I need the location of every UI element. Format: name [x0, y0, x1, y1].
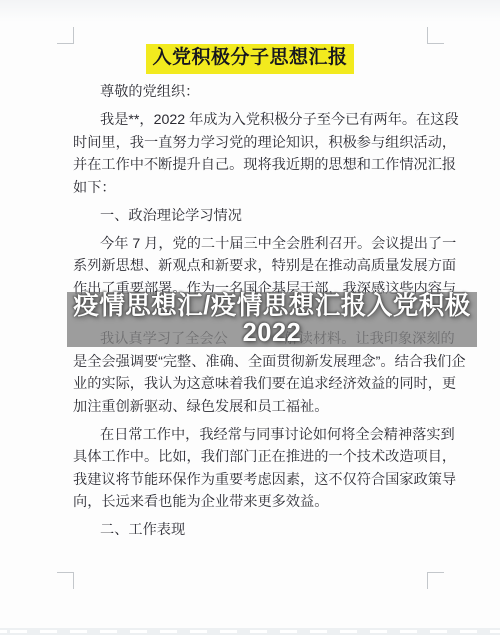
watermark-overlay: 疫情思想汇/疫情思想汇报入党积极 2022 — [67, 292, 477, 347]
dash-pattern — [0, 630, 500, 633]
paragraph-line: 如下： — [73, 177, 460, 200]
section-heading-1: 一、政治理论学习情况 — [73, 205, 460, 228]
greeting-line: 尊敬的党组织： — [73, 81, 460, 104]
watermark-line-1: 疫情思想汇/疫情思想汇报入党积极 — [73, 293, 471, 320]
paragraph-line: 我建议将节能环保作为重要考虑因素，这不仅符合国家政策导 — [73, 469, 460, 492]
greeting-block: 尊敬的党组织： — [73, 81, 460, 104]
section-heading-line: 二、工作表现 — [73, 519, 460, 542]
paragraph-line: 并在工作中不断提升自己。现将我近期的思想和工作情况汇报 — [73, 154, 460, 177]
crop-mark-bottom-left — [57, 572, 74, 589]
document-screenshot: 入党积极分子思想汇报 尊敬的党组织： 我是**，2022 年成为入党积极分子至今… — [0, 0, 500, 635]
document-page: 入党积极分子思想汇报 尊敬的党组织： 我是**，2022 年成为入党积极分子至今… — [0, 0, 500, 547]
paragraph-daily-work: 在日常工作中，我经常与同事讨论如何将全会精神落实到 具体工作中。比如，我们部门正… — [73, 424, 460, 514]
paragraph-line: 系列新思想、新观点和新要求，特别是在推动高质量发展方面 — [73, 255, 460, 278]
crop-mark-bottom-right — [427, 572, 444, 589]
paragraph-line: 向，长远来看也能为企业带来更多效益。 — [73, 491, 460, 514]
paragraph-line: 业的实际，我认为这意味着我们要在追求经济效益的同时，更 — [73, 373, 460, 396]
report-title-highlight: 入党积极分子思想汇报 — [146, 44, 353, 74]
paragraph-line: 是全会强调要“完整、准确、全面贯彻新发展理念”。结合我们企 — [73, 351, 460, 374]
paragraph-line: 我是**，2022 年成为入党积极分子至今已有两年。在这段 — [73, 109, 460, 132]
report-title-row: 入党积极分子思想汇报 — [0, 44, 500, 74]
paragraph-line: 加注重创新驱动、绿色发展和员工福祉。 — [73, 396, 460, 419]
section-heading-line: 一、政治理论学习情况 — [73, 205, 460, 228]
paragraph-intro: 我是**，2022 年成为入党积极分子至今已有两年。在这段 时间里，我一直努力学… — [73, 109, 460, 199]
paragraph-line: 时间里，我一直努力学习党的理论知识，积极参与组织活动， — [73, 132, 460, 155]
paragraph-line: 今年 7 月，党的二十届三中全会胜利召开。会议提出了一 — [73, 233, 460, 256]
paragraph-line: 具体工作中。比如，我们部门正在推进的一个技术改造项目， — [73, 446, 460, 469]
page-bottom-dashes — [0, 628, 500, 635]
section-heading-2: 二、工作表现 — [73, 519, 460, 542]
watermark-line-2: 2022 — [243, 320, 302, 347]
paragraph-line: 在日常工作中，我经常与同事讨论如何将全会精神落实到 — [73, 424, 460, 447]
